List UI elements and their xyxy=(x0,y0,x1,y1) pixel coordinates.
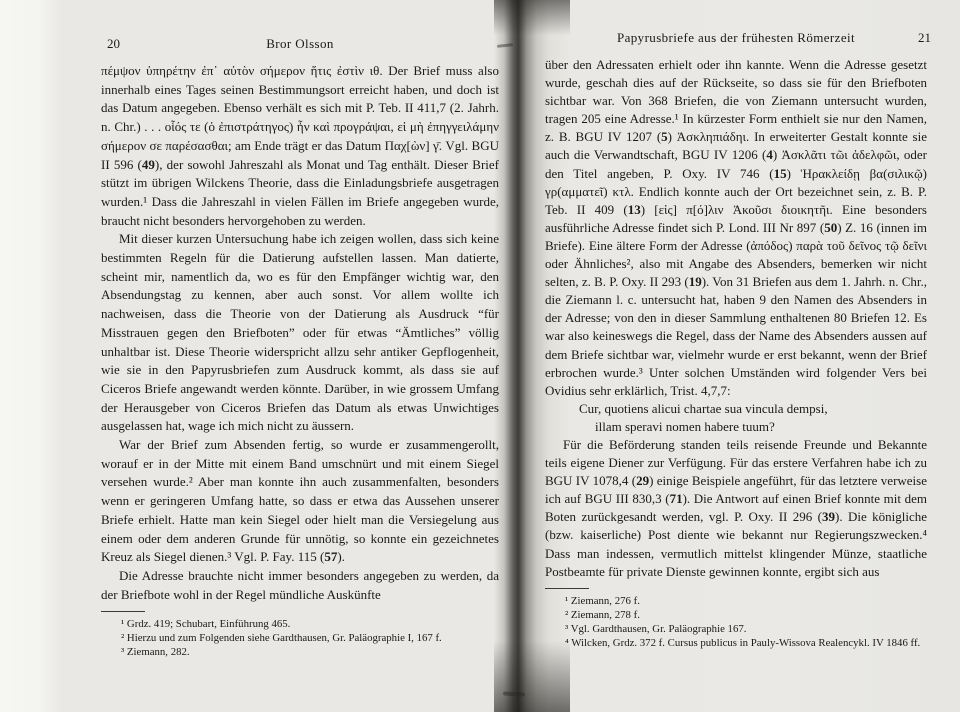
footnotes-left: ¹ Grdz. 419; Schubart, Einführung 465.² … xyxy=(101,617,499,659)
right-body-text: über den Adressaten erhielt oder ihn kan… xyxy=(545,56,927,581)
verse-line: Cur, quotiens alicui chartae sua vincula… xyxy=(545,400,927,418)
paragraph: πέμψον ὑπηρέτην ἐπ᾽ αὐτὸν σήμερον ἥτις ἐ… xyxy=(101,62,499,230)
footnote-rule-right xyxy=(545,588,589,589)
left-page-header: 20 Bror Olsson xyxy=(101,36,499,54)
paragraph: über den Adressaten erhielt oder ihn kan… xyxy=(545,56,927,400)
verse-line: illam speravi nomen habere tuum? xyxy=(545,418,927,436)
footnote: ² Ziemann, 278 f. xyxy=(545,608,927,622)
left-page: 20 Bror Olsson πέμψον ὑπηρέτην ἐπ᾽ αὐτὸν… xyxy=(101,0,499,659)
right-page: Papyrusbriefe aus der frühesten Römerzei… xyxy=(545,0,927,650)
footnotes-right: ¹ Ziemann, 276 f.² Ziemann, 278 f.³ Vgl.… xyxy=(545,594,927,650)
footnote: ³ Ziemann, 282. xyxy=(101,645,499,659)
footnote: ¹ Ziemann, 276 f. xyxy=(545,594,927,608)
paragraph: Für die Beförderung standen teils reisen… xyxy=(545,436,927,581)
right-paragraphs-top: über den Adressaten erhielt oder ihn kan… xyxy=(545,56,927,400)
paragraph: War der Brief zum Absenden fertig, so wu… xyxy=(101,436,499,567)
footnote: ⁴ Wilcken, Grdz. 372 f. Cursus publicus … xyxy=(545,636,927,650)
running-header-right: Papyrusbriefe aus der frühesten Römerzei… xyxy=(545,30,927,46)
paragraph: Die Adresse brauchte nicht immer besonde… xyxy=(101,567,499,604)
paragraph: Mit dieser kurzen Untersuchung habe ich … xyxy=(101,230,499,436)
right-page-header: Papyrusbriefe aus der frühesten Römerzei… xyxy=(545,30,927,48)
book-scan: 20 Bror Olsson πέμψον ὑπηρέτην ἐπ᾽ αὐτὸν… xyxy=(0,0,960,712)
running-header-left: Bror Olsson xyxy=(101,36,499,52)
footnote: ¹ Grdz. 419; Schubart, Einführung 465. xyxy=(101,617,499,631)
ovid-verse: Cur, quotiens alicui chartae sua vincula… xyxy=(545,400,927,436)
footnote-rule-left xyxy=(101,611,145,612)
footnote: ² Hierzu und zum Folgenden siehe Gardtha… xyxy=(101,631,499,645)
right-paragraphs-bottom: Für die Beförderung standen teils reisen… xyxy=(545,436,927,581)
footnote: ³ Vgl. Gardthausen, Gr. Paläographie 167… xyxy=(545,622,927,636)
left-body-text: πέμψον ὑπηρέτην ἐπ᾽ αὐτὸν σήμερον ἥτις ἐ… xyxy=(101,62,499,604)
left-page-number: 20 xyxy=(107,36,120,52)
right-page-number: 21 xyxy=(918,30,931,46)
